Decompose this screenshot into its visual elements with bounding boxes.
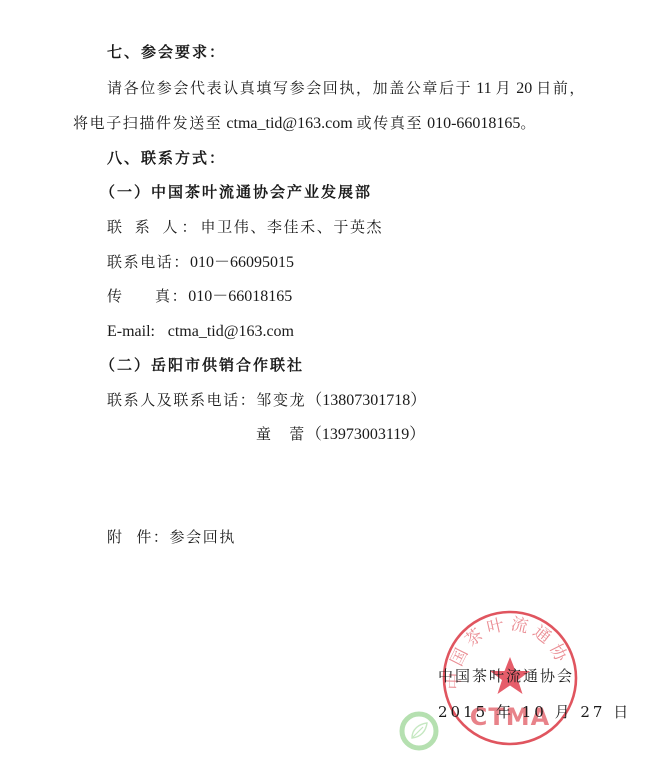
section8-heading: 八、联系方式： [107,148,226,168]
org1-title: （一）中国茶叶流通协会产业发展部 [100,182,372,202]
attachment-value: 参会回执 [170,528,236,546]
para-text: 请各位参会代表认真填写参会回执，加盖公章后于 [107,79,472,97]
para-period: 。 [520,114,537,132]
attachment-row: 附 件：参会回执 [107,527,236,547]
signature-date: 2015 年 10 月 27 日 [438,702,631,722]
org1-contact-row: 联 系 人：申卫伟、李佳禾、于英杰 [107,217,383,237]
email-address: ctma_tid@163.com [222,115,356,132]
org2-contact-row-2: 童 蕾（13973003119） [256,424,425,445]
fax-value: 010－66018165 [188,288,292,305]
phone-label: 联系电话： [107,253,190,271]
contact-phone: （13973003119） [306,426,425,443]
org1-email-row: E-mail: ctma_tid@163.com [107,321,294,342]
contact-phone: （13807301718） [306,392,426,409]
contact-label: 联系人及联系电话： [107,391,256,409]
day-value: 20 [512,80,536,97]
email-label: E-mail: [107,323,155,340]
email-value: ctma_tid@163.com [168,323,294,340]
fax-number: 010-66018165 [423,115,520,132]
para-text-mid: 或传真至 [357,114,423,132]
contact-names: 申卫伟、李佳禾、于英杰 [201,218,384,236]
org1-phone-row: 联系电话：010－66095015 [107,252,294,273]
fax-label-a: 传 [107,286,155,306]
org2-title: （二）岳阳市供销合作联社 [100,355,304,375]
month-value: 11 [472,80,495,97]
contact-name: 童 蕾 [256,425,306,443]
attachment-label: 附 件： [107,528,170,546]
phone-value: 010－66095015 [190,254,294,271]
leaf-watermark-icon [397,709,441,753]
contact-name: 邹变龙 [256,391,306,409]
section7-paragraph-line2: 将电子扫描件发送至 ctma_tid@163.com 或传真至 010-6601… [73,113,537,134]
para-text-end: 日前， [536,79,586,97]
org1-fax-row: 传真：010－66018165 [107,286,292,307]
month-unit: 月 [496,79,513,97]
section7-paragraph-line1: 请各位参会代表认真填写参会回执，加盖公章后于 11 月 20 日前， [107,78,586,99]
para-text: 将电子扫描件发送至 [73,114,222,132]
signature-org: 中国茶叶流通协会 [438,666,574,686]
section7-heading: 七、参会要求： [107,42,226,62]
contact-label: 联 系 人： [107,218,201,236]
fax-label-b: 真： [155,287,188,305]
org2-contact-row-1: 联系人及联系电话：邹变龙（13807301718） [107,390,426,411]
